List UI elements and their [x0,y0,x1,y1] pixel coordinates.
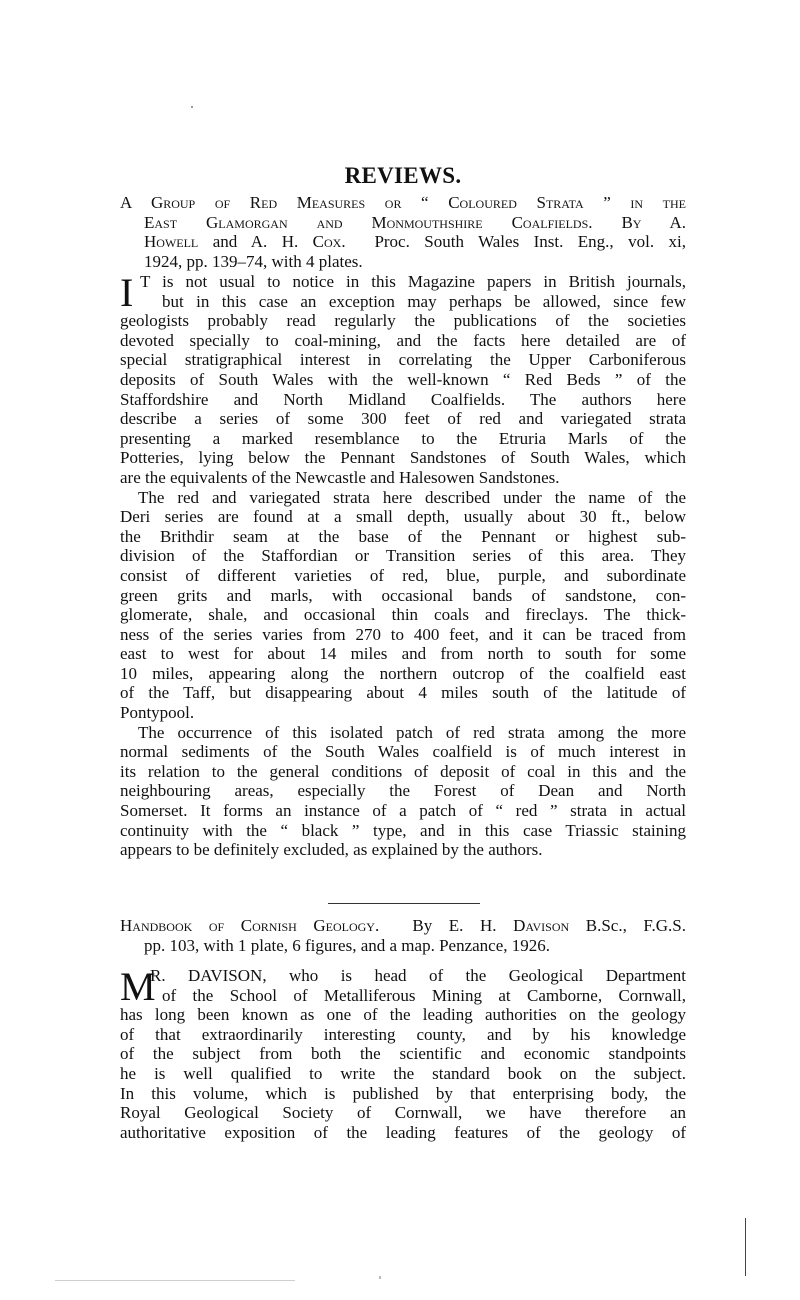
text-line: The red and variegated strata here descr… [120,488,686,508]
text-line: Deri series are found at a small depth, … [120,507,686,527]
drop-cap: I [120,273,133,313]
citation-line: Howell and A. H. Cox. Proc. South Wales … [120,232,686,252]
text-line: normal sediments of the South Wales coal… [120,742,686,762]
review-1-citation: A Group of Red Measures or “ Coloured St… [120,193,686,271]
text-line: presenting a marked resemblance to the E… [120,429,686,449]
section-heading: REVIEWS. [120,163,686,189]
review-2-citation: Handbook of Cornish Geology. By E. H. Da… [120,916,686,955]
text-line: Potteries, lying below the Pennant Sands… [120,448,686,468]
text-line: division of the Staffordian or Transitio… [120,546,686,566]
text-line: Royal Geological Society of Cornwall, we… [120,1103,686,1123]
text-line: the Brithdir seam at the base of the Pen… [120,527,686,547]
text-line: describe a series of some 300 feet of re… [120,409,686,429]
citation-line: East Glamorgan and Monmouthshire Coalfie… [120,213,686,233]
citation-line: Handbook of Cornish Geology. By E. H. Da… [120,916,686,936]
citation-line: 1924, pp. 139–74, with 4 plates. [120,252,686,272]
text-line: In this volume, which is published by th… [120,1084,686,1104]
text-line: Staffordshire and North Midland Coalfiel… [120,390,686,410]
review-2-body: M R. DAVISON, who is head of the Geologi… [120,966,686,1142]
text-line: appears to be definitely excluded, as ex… [120,840,686,860]
text-line: green grits and marls, with occasional b… [120,586,686,606]
text-line: ness of the series varies from 270 to 40… [120,625,686,645]
text-line: of the Taff, but disappearing about 4 mi… [120,683,686,703]
text-line: has long been known as one of the leadin… [120,1005,686,1025]
page-edge-mark [745,1218,746,1276]
text-line: he is well qualified to write the standa… [120,1064,686,1084]
text-line: continuity with the “ black ” type, and … [120,821,686,841]
scan-speck [191,106,193,108]
text-line: of that extraordinarily interesting coun… [120,1025,686,1045]
text-line: Somerset. It forms an instance of a patc… [120,801,686,821]
text-line: of the School of Metalliferous Mining at… [120,986,686,1006]
text-line: special stratigraphical interest in corr… [120,350,686,370]
text-line: deposits of South Wales with the well-kn… [120,370,686,390]
text-line: authoritative exposition of the leading … [120,1123,686,1143]
text-line: geologists probably read regularly the p… [120,311,686,331]
text-line: its relation to the general conditions o… [120,762,686,782]
citation-line: A Group of Red Measures or “ Coloured St… [120,193,686,213]
drop-cap: M [120,967,156,1007]
text-line: neighbouring areas, especially the Fores… [120,781,686,801]
citation-line: pp. 103, with 1 plate, 6 figures, and a … [120,936,686,956]
text-line: consist of different varieties of red, b… [120,566,686,586]
text-line: R. DAVISON, who is head of the Geologica… [120,966,686,986]
text-line: T is not usual to notice in this Magazin… [120,272,686,292]
text-line: but in this case an exception may perhap… [120,292,686,312]
section-divider [328,903,480,904]
text-line: Pontypool. [120,703,686,723]
text-line: 10 miles, appearing along the northern o… [120,664,686,684]
text-line: devoted specially to coal-mining, and th… [120,331,686,351]
review-1-body: I T is not usual to notice in this Magaz… [120,272,686,860]
scan-noise [55,1280,295,1281]
text-line: are the equivalents of the Newcastle and… [120,468,686,488]
text-line: The occurrence of this isolated patch of… [120,723,686,743]
text-line: glomerate, shale, and occasional thin co… [120,605,686,625]
text-line: of the subject from both the scientific … [120,1044,686,1064]
scan-speck [379,1276,381,1279]
text-line: east to west for about 14 miles and from… [120,644,686,664]
